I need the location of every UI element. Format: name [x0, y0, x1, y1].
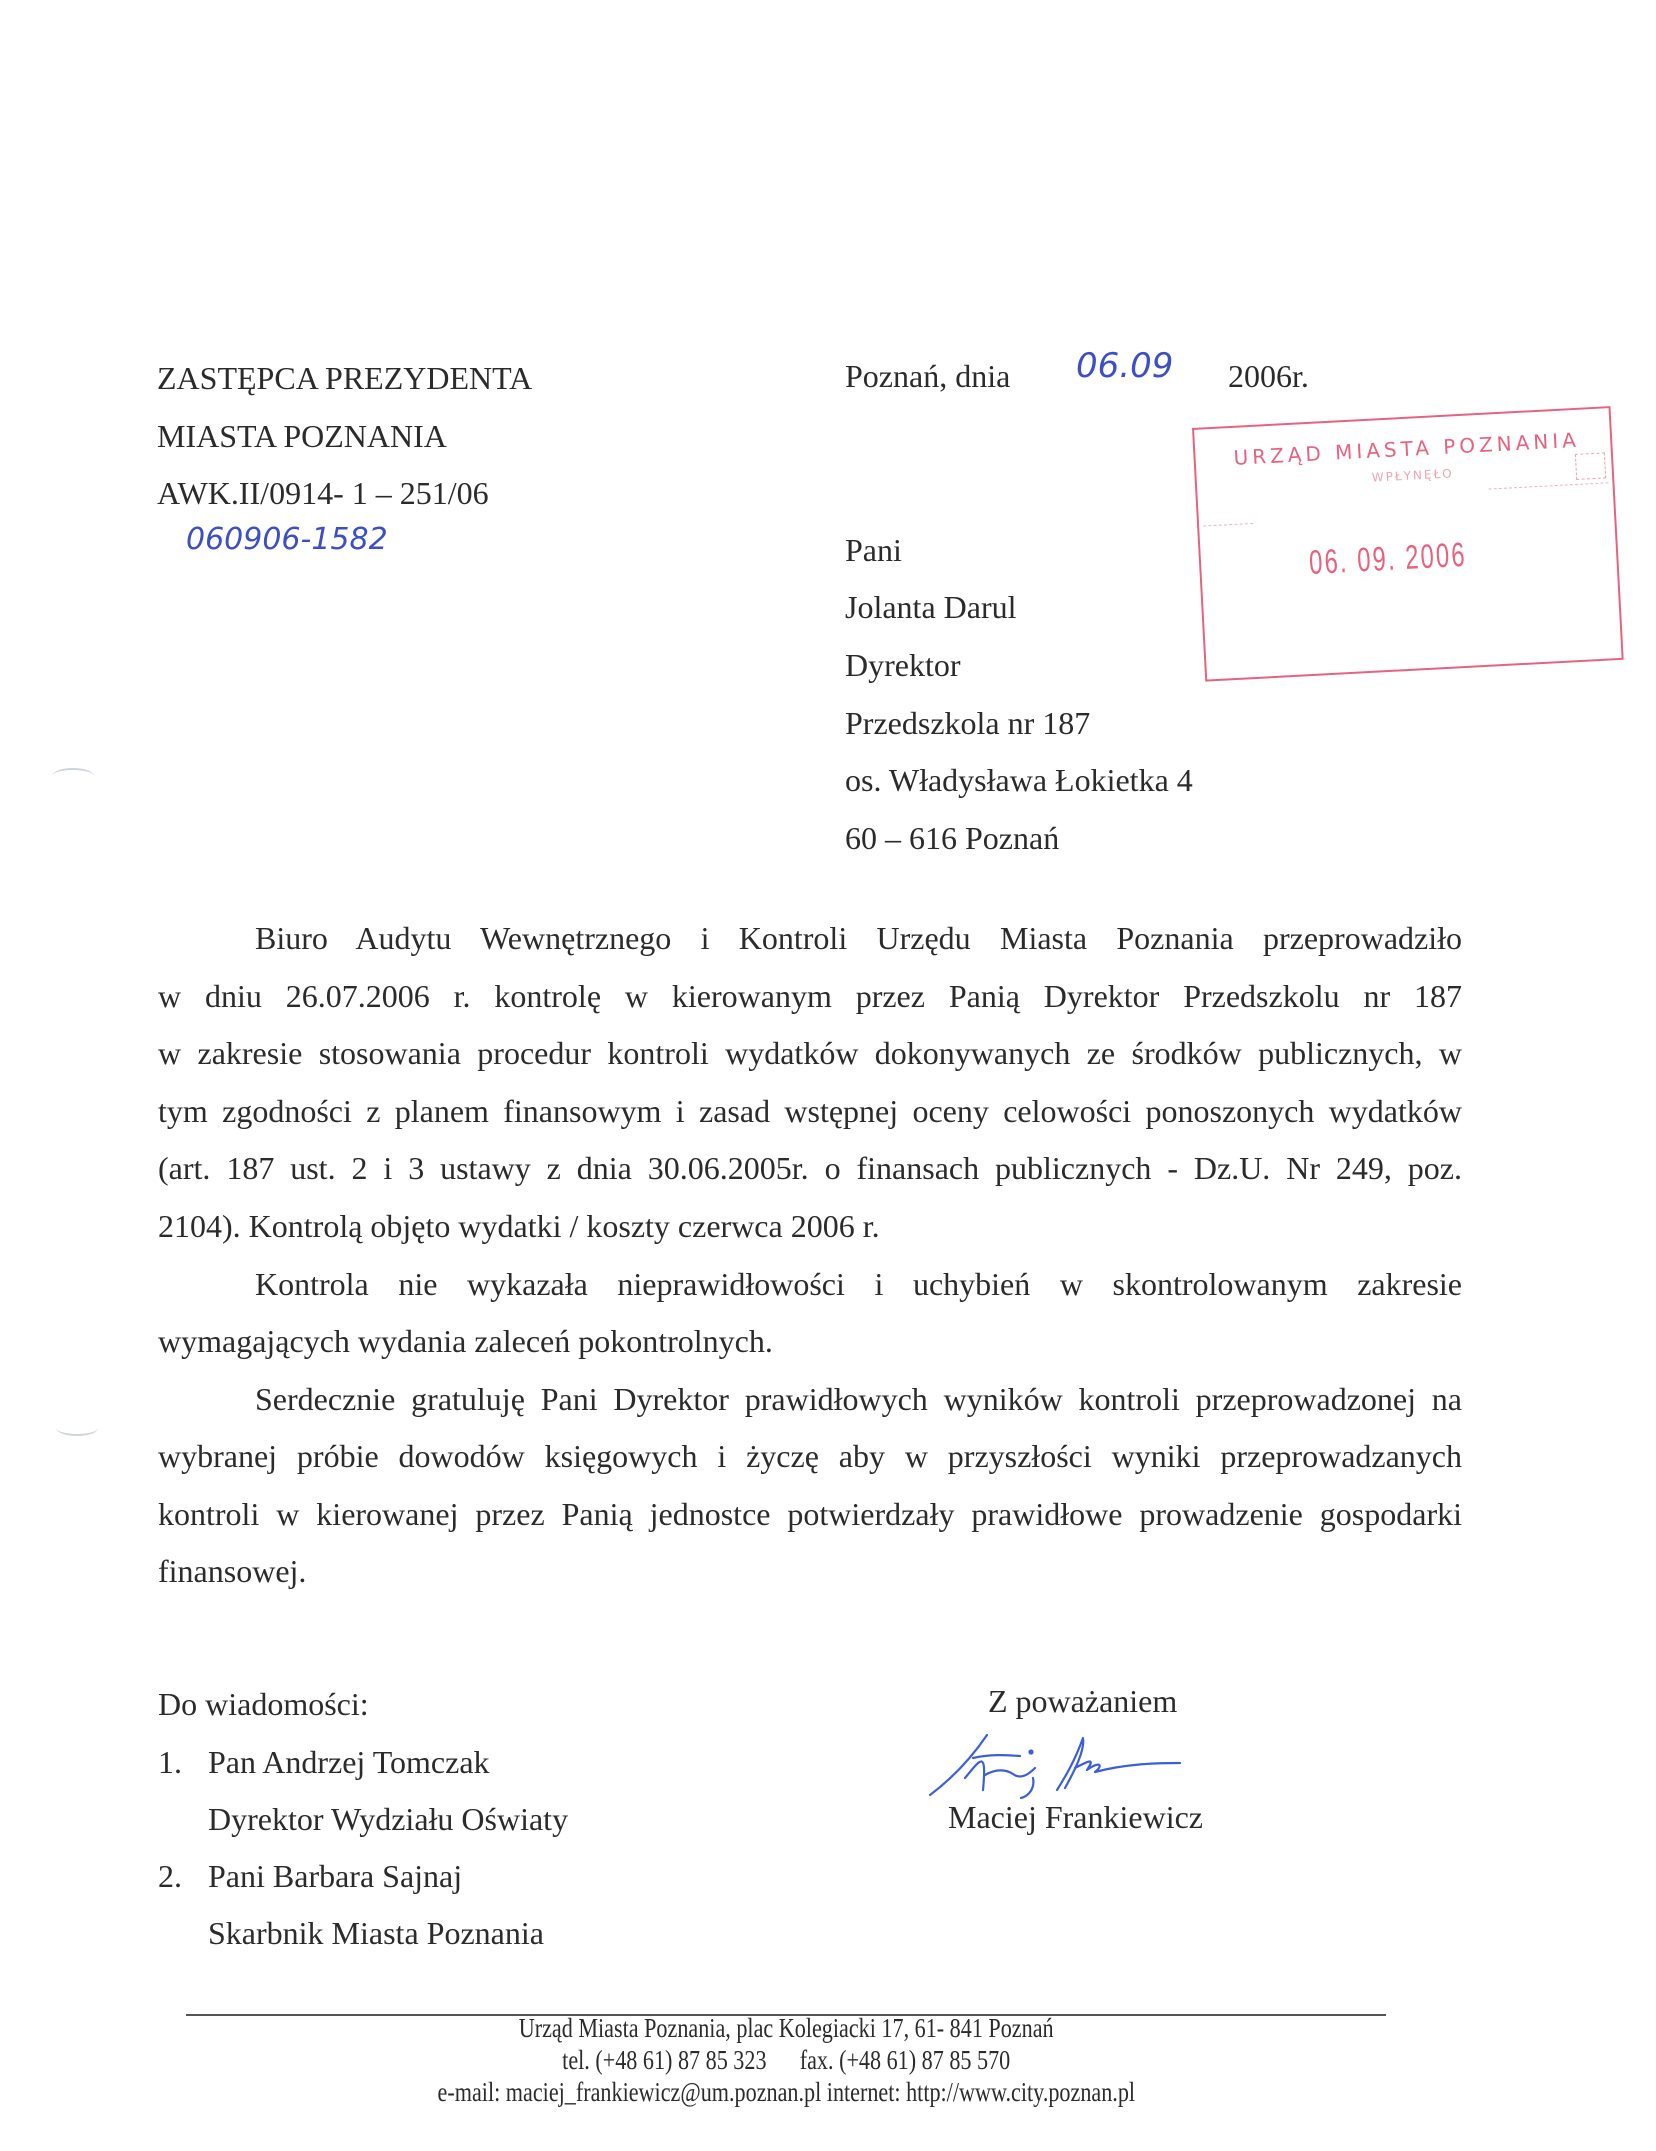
footer-contact: e-mail: maciej_frankiewicz@um.poznan.pl …: [186, 2079, 1386, 2106]
distribution-number: 1.: [158, 1746, 182, 1778]
scan-mark-top: [52, 768, 94, 784]
sender-title-line1: ZASTĘPCA PREZYDENTA: [157, 362, 532, 394]
reference-number: AWK.II/0914- 1 – 251/06: [157, 477, 489, 509]
scan-mark-bottom: [56, 1420, 98, 1436]
recipient-line: os. Władysława Łokietka 4: [845, 764, 1193, 796]
handwritten-registry-number: 060906-1582: [186, 522, 388, 557]
body-line: Serdecznie gratuluję Pani Dyrektor prawi…: [255, 1383, 1462, 1415]
signatory-name: Maciej Frankiewicz: [948, 1801, 1203, 1833]
stamp-subtitle: WPŁYNĘŁO: [1371, 466, 1454, 484]
handwritten-date: 06.09: [1076, 346, 1173, 386]
body-line: Kontrola nie wykazała nieprawidłowości i…: [255, 1268, 1462, 1300]
body-line: 2104). Kontrolą objęto wydatki / koszty …: [158, 1210, 1462, 1242]
stamp-title: URZĄD MIASTA POZNANIA: [1233, 428, 1580, 470]
closing-salutation: Z poważaniem: [988, 1685, 1177, 1717]
recipient-line: Pani: [845, 534, 902, 566]
body-line: wybranej próbie dowodów księgowych i życ…: [158, 1440, 1462, 1472]
body-line: w zakresie stosowania procedur kontroli …: [158, 1037, 1462, 1069]
body-line: Biuro Audytu Wewnętrznego i Kontroli Urz…: [255, 922, 1462, 954]
footer-contact-text: e-mail: maciej_frankiewicz@um.poznan.pl …: [437, 2079, 1134, 2106]
recipient-line: 60 – 616 Poznań: [845, 822, 1059, 854]
body-line: kontroli w kierowanej przez Panią jednos…: [158, 1498, 1462, 1530]
date-year: 2006r.: [1228, 360, 1309, 392]
body-line: finansowej.: [158, 1555, 1462, 1587]
stamp-divider: [1203, 523, 1253, 527]
body-line: (art. 187 ust. 2 i 3 ustawy z dnia 30.06…: [158, 1152, 1462, 1184]
stamp-box: [1575, 452, 1606, 480]
footer-phone: tel. (+48 61) 87 85 323 fax. (+48 61) 87…: [186, 2047, 1386, 2074]
distribution-name: Pani Barbara Sajnaj: [208, 1860, 462, 1892]
stamp-date: 06. 09. 2006: [1308, 536, 1467, 583]
recipient-line: Jolanta Darul: [845, 591, 1017, 623]
distribution-name: Pan Andrzej Tomczak: [208, 1746, 490, 1778]
recipient-line: Dyrektor: [845, 649, 961, 681]
footer-address: Urząd Miasta Poznania, plac Kolegiacki 1…: [186, 2015, 1386, 2042]
sender-title-line2: MIASTA POZNANIA: [157, 420, 447, 452]
date-place: Poznań, dnia: [845, 360, 1010, 392]
recipient-line: Przedszkola nr 187: [845, 707, 1090, 739]
distribution-number: 2.: [158, 1860, 182, 1892]
body-line: tym zgodności z planem finansowym i zasa…: [158, 1095, 1462, 1127]
footer-address-text: Urząd Miasta Poznania, plac Kolegiacki 1…: [519, 2015, 1054, 2042]
footer-phone-text: tel. (+48 61) 87 85 323 fax. (+48 61) 87…: [562, 2047, 1010, 2074]
distribution-heading: Do wiadomości:: [158, 1688, 369, 1720]
handwritten-signature-icon: [925, 1730, 1185, 1810]
body-line: wymagających wydania zaleceń pokontrolny…: [158, 1325, 1462, 1357]
distribution-title: Skarbnik Miasta Poznania: [208, 1917, 544, 1949]
distribution-title: Dyrektor Wydziału Oświaty: [208, 1803, 568, 1835]
received-stamp: URZĄD MIASTA POZNANIA WPŁYNĘŁO 06. 09. 2…: [1192, 406, 1624, 682]
stamp-divider: [1489, 482, 1609, 489]
body-line: w dniu 26.07.2006 r. kontrolę w kierowan…: [158, 980, 1462, 1012]
